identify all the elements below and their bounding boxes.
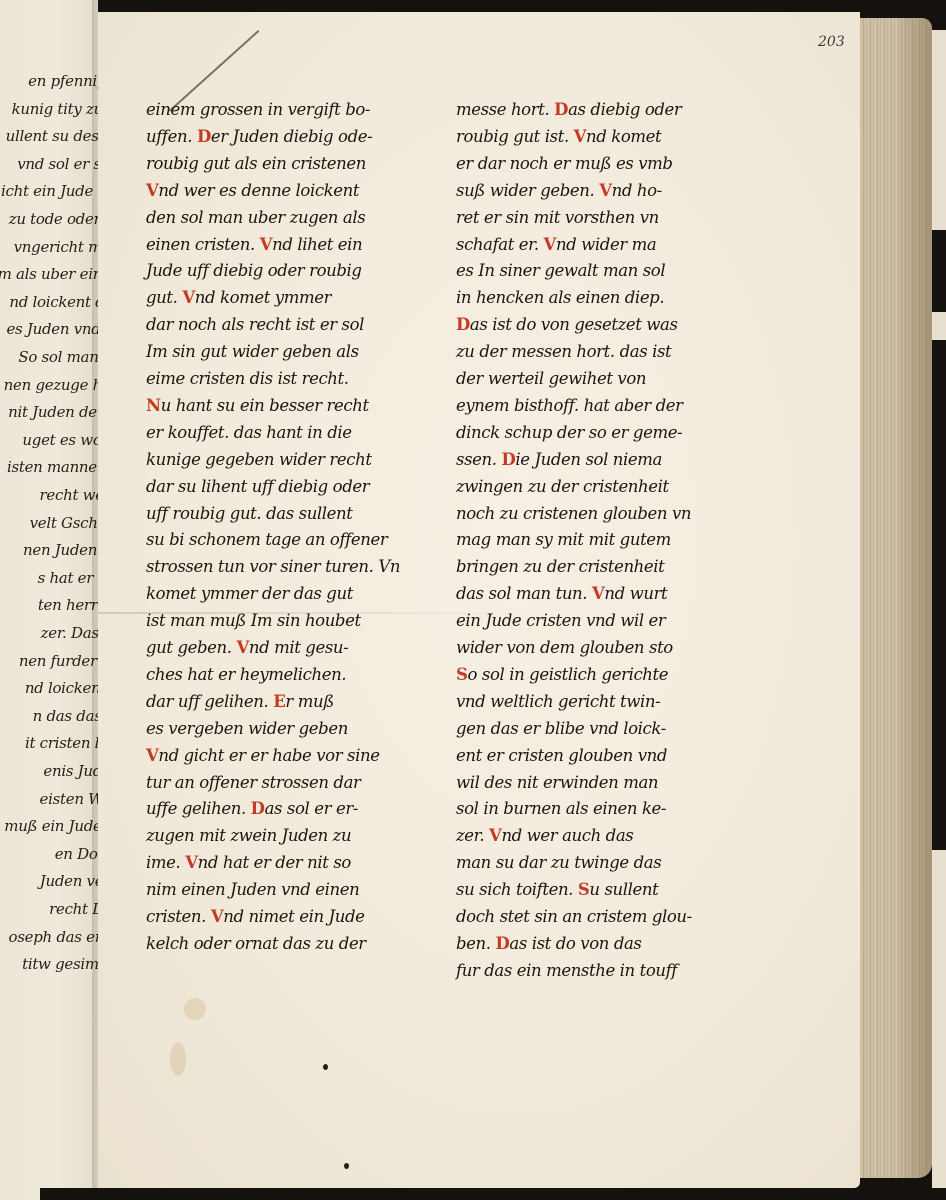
manuscript-line: zer. Vnd wer auch das [456, 826, 633, 845]
manuscript-line: zu der messen hort. das ist [456, 342, 671, 361]
manuscript-line: roubig gut ist. Vnd komet [456, 127, 661, 146]
manuscript-line: bringen zu der cristenheit [456, 557, 664, 576]
manuscript-line: su bi schonem tage an offener [146, 530, 387, 549]
manuscript-line: zugen mit zwein Juden zu [146, 826, 351, 845]
manuscript-line: uffe gelihen. Das sol er er- [146, 799, 358, 818]
left-page-line: nd loickent der [9, 293, 98, 311]
facing-left-page: en pfennig dkunig tity zu wullent su des… [0, 0, 98, 1200]
rubric-initial: E [273, 692, 285, 711]
manuscript-line: vnd weltlich gericht twin- [456, 692, 660, 711]
rubric-initial: D [554, 100, 568, 119]
manuscript-line: ist man muß Im sin houbet [146, 611, 361, 630]
manuscript-line: es In siner gewalt man sol [456, 261, 665, 280]
rubric-initial: V [574, 127, 586, 146]
rubric-initial: V [544, 235, 556, 254]
manuscript-line: kelch oder ornat das zu der [146, 934, 366, 953]
manuscript-line: ssen. Die Juden sol niema [456, 450, 662, 469]
left-page-line: nit Juden de gu [8, 403, 98, 421]
edge-tab [932, 30, 946, 230]
manuscript-line: eime cristen dis ist recht. [146, 369, 349, 388]
left-page-line: eisten Wen [40, 790, 98, 808]
manuscript-line: wil des nit erwinden man [456, 773, 658, 792]
manuscript-line: man su dar zu twinge das [456, 853, 661, 872]
manuscript-line: nim einen Juden vnd einen [146, 880, 359, 899]
rubric-initial: S [456, 665, 468, 684]
manuscript-line: strossen tun vor siner turen. Vn [146, 557, 400, 576]
rubric-initial: D [495, 934, 509, 953]
left-page-line: recht Das [49, 900, 98, 918]
manuscript-line: tur an offener strossen dar [146, 773, 361, 792]
manuscript-line: einen cristen. Vnd lihet ein [146, 235, 362, 254]
left-page-line: enis Juden [43, 762, 98, 780]
manuscript-line: ein Jude cristen vnd wil er [456, 611, 665, 630]
manuscript-line: er kouffet. das hant in die [146, 423, 352, 442]
stain [184, 998, 206, 1020]
manuscript-line: So sol in geistlich gerichte [456, 665, 668, 684]
manuscript-line: uff roubig gut. das sullent [146, 504, 353, 523]
page-edges-shade [900, 18, 932, 1178]
left-page-line: en pfennig d [28, 72, 98, 90]
manuscript-line: eynem bisthoff. hat aber der [456, 396, 683, 415]
left-page-line: es Juden vnd cr [6, 320, 98, 338]
manuscript-line: uffen. Der Juden diebig ode- [146, 127, 372, 146]
left-page-line: oseph das er m [9, 928, 99, 946]
wormhole [344, 1163, 349, 1169]
manuscript-line: cristen. Vnd nimet ein Jude [146, 907, 365, 926]
rubric-initial: N [146, 396, 161, 415]
manuscript-line: ent er cristen glouben vnd [456, 746, 667, 765]
left-page-line: uget es wolm [22, 431, 98, 449]
manuscript-line: sol in burnen als einen ke- [456, 799, 666, 818]
manuscript-line: es vergeben wider geben [146, 719, 348, 738]
manuscript-line: der werteil gewihet von [456, 369, 646, 388]
manuscript-line: Im sin gut wider geben als [146, 342, 359, 361]
left-page-line: nd loickent d [25, 679, 98, 697]
manuscript-line: gut geben. Vnd mit gesu- [146, 638, 348, 657]
manuscript-line: er dar noch er muß es vmb [456, 154, 673, 173]
left-page-line: So sol man zu [18, 348, 98, 366]
manuscript-line: zwingen zu der cristenheit [456, 477, 669, 496]
manuscript-line: Vnd gicht er er habe vor sine [146, 746, 380, 765]
left-page-line: m als uber einen [0, 265, 98, 283]
manuscript-line: messe hort. Das diebig oder [456, 100, 681, 119]
edge-tab [932, 312, 946, 340]
manuscript-line: roubig gut als ein cristenen [146, 154, 366, 173]
manuscript-line: komet ymmer der das gut [146, 584, 353, 603]
left-page-line: it cristen lutt [25, 734, 98, 752]
rubric-initial: D [456, 315, 470, 334]
rubric-initial: D [251, 799, 265, 818]
rubric-initial: D [501, 450, 515, 469]
left-page-line: zu tode oder tu [9, 210, 98, 228]
rubric-initial: V [592, 584, 604, 603]
manuscript-line: dinck schup der so er geme- [456, 423, 682, 442]
manuscript-line: das sol man tun. Vnd wurt [456, 584, 667, 603]
left-page-line: muß ein Jude m [4, 817, 98, 835]
manuscript-line: wider von dem glouben sto [456, 638, 673, 657]
rubric-initial: V [146, 181, 158, 200]
background-top [98, 0, 946, 12]
rubric-initial: V [146, 746, 158, 765]
manuscript-line: mag man sy mit mit gutem [456, 530, 671, 549]
left-page-line: kunig tity zu w [12, 100, 98, 118]
background-bottom [40, 1188, 946, 1200]
rubric-initial: D [197, 127, 211, 146]
manuscript-line: ime. Vnd hat er der nit so [146, 853, 351, 872]
folio-number: 203 [818, 34, 845, 50]
manuscript-line: den sol man uber zugen als [146, 208, 365, 227]
manuscript-line: dar noch als recht ist er sol [146, 315, 364, 334]
rubric-initial: V [185, 853, 197, 872]
edge-tab [932, 850, 946, 1190]
manuscript-line: su sich toiften. Su sullent [456, 880, 658, 899]
manuscript-line: suß wider geben. Vnd ho- [456, 181, 662, 200]
rubric-initial: S [578, 880, 590, 899]
left-page-line: nen Juden mi [23, 541, 98, 559]
manuscript-line: Das ist do von gesetzet was [456, 315, 678, 334]
manuscript-line: kunige gegeben wider recht [146, 450, 372, 469]
left-page-line: nen gezuge han [4, 376, 98, 394]
left-page-line: isten mannen d [7, 458, 98, 476]
left-page-line: ten herre d [38, 596, 98, 614]
left-page-line: nen furdern g [19, 652, 98, 670]
left-page-line: titw gesime v [22, 955, 98, 973]
manuscript-line: gen das er blibe vnd loick- [456, 719, 666, 738]
left-page-line: zer. Das su [41, 624, 98, 642]
manuscript-line: noch zu cristenen glouben vn [456, 504, 691, 523]
left-page-line: icht ein Jude em [1, 182, 98, 200]
rubric-initial: V [260, 235, 272, 254]
rubric-initial: V [211, 907, 223, 926]
manuscript-line: dar su lihent uff diebig oder [146, 477, 369, 496]
left-page-line: s hat er ein [38, 569, 98, 587]
rubric-initial: V [182, 288, 194, 307]
manuscript-line: ches hat er heymelichen. [146, 665, 346, 684]
manuscript-line: dar uff gelihen. Er muß [146, 692, 334, 711]
stain [170, 1042, 186, 1076]
manuscript-line: doch stet sin an cristem glou- [456, 907, 692, 926]
left-page-line: ullent su des vo [6, 127, 98, 145]
left-page-line: vngericht man [14, 238, 98, 256]
left-page-line: n das das m [33, 707, 98, 725]
left-page-line: vnd sol er su f [17, 155, 98, 173]
wormhole [323, 1064, 328, 1070]
manuscript-line: fur das ein mensthe in touff [456, 961, 677, 980]
rubric-initial: V [236, 638, 248, 657]
manuscript-line: in hencken als einen diep. [456, 288, 664, 307]
left-page-line: velt Gschleh [30, 514, 98, 532]
manuscript-line: Jude uff diebig oder roubig [146, 261, 362, 280]
left-page-line: recht wern [40, 486, 98, 504]
manuscript-line: Nu hant su ein besser recht [146, 396, 369, 415]
manuscript-line: ret er sin mit vorsthen vn [456, 208, 659, 227]
manuscript-line: ben. Das ist do von das [456, 934, 642, 953]
manuscript-line: einem grossen in vergift bo- [146, 100, 370, 119]
left-page-line: Juden vesp [40, 872, 98, 890]
rubric-initial: V [489, 826, 501, 845]
manuscript-line: schafat er. Vnd wider ma [456, 235, 656, 254]
rubric-initial: V [599, 181, 611, 200]
manuscript-line: Vnd wer es denne loickent [146, 181, 359, 200]
manuscript-line: gut. Vnd komet ymmer [146, 288, 331, 307]
